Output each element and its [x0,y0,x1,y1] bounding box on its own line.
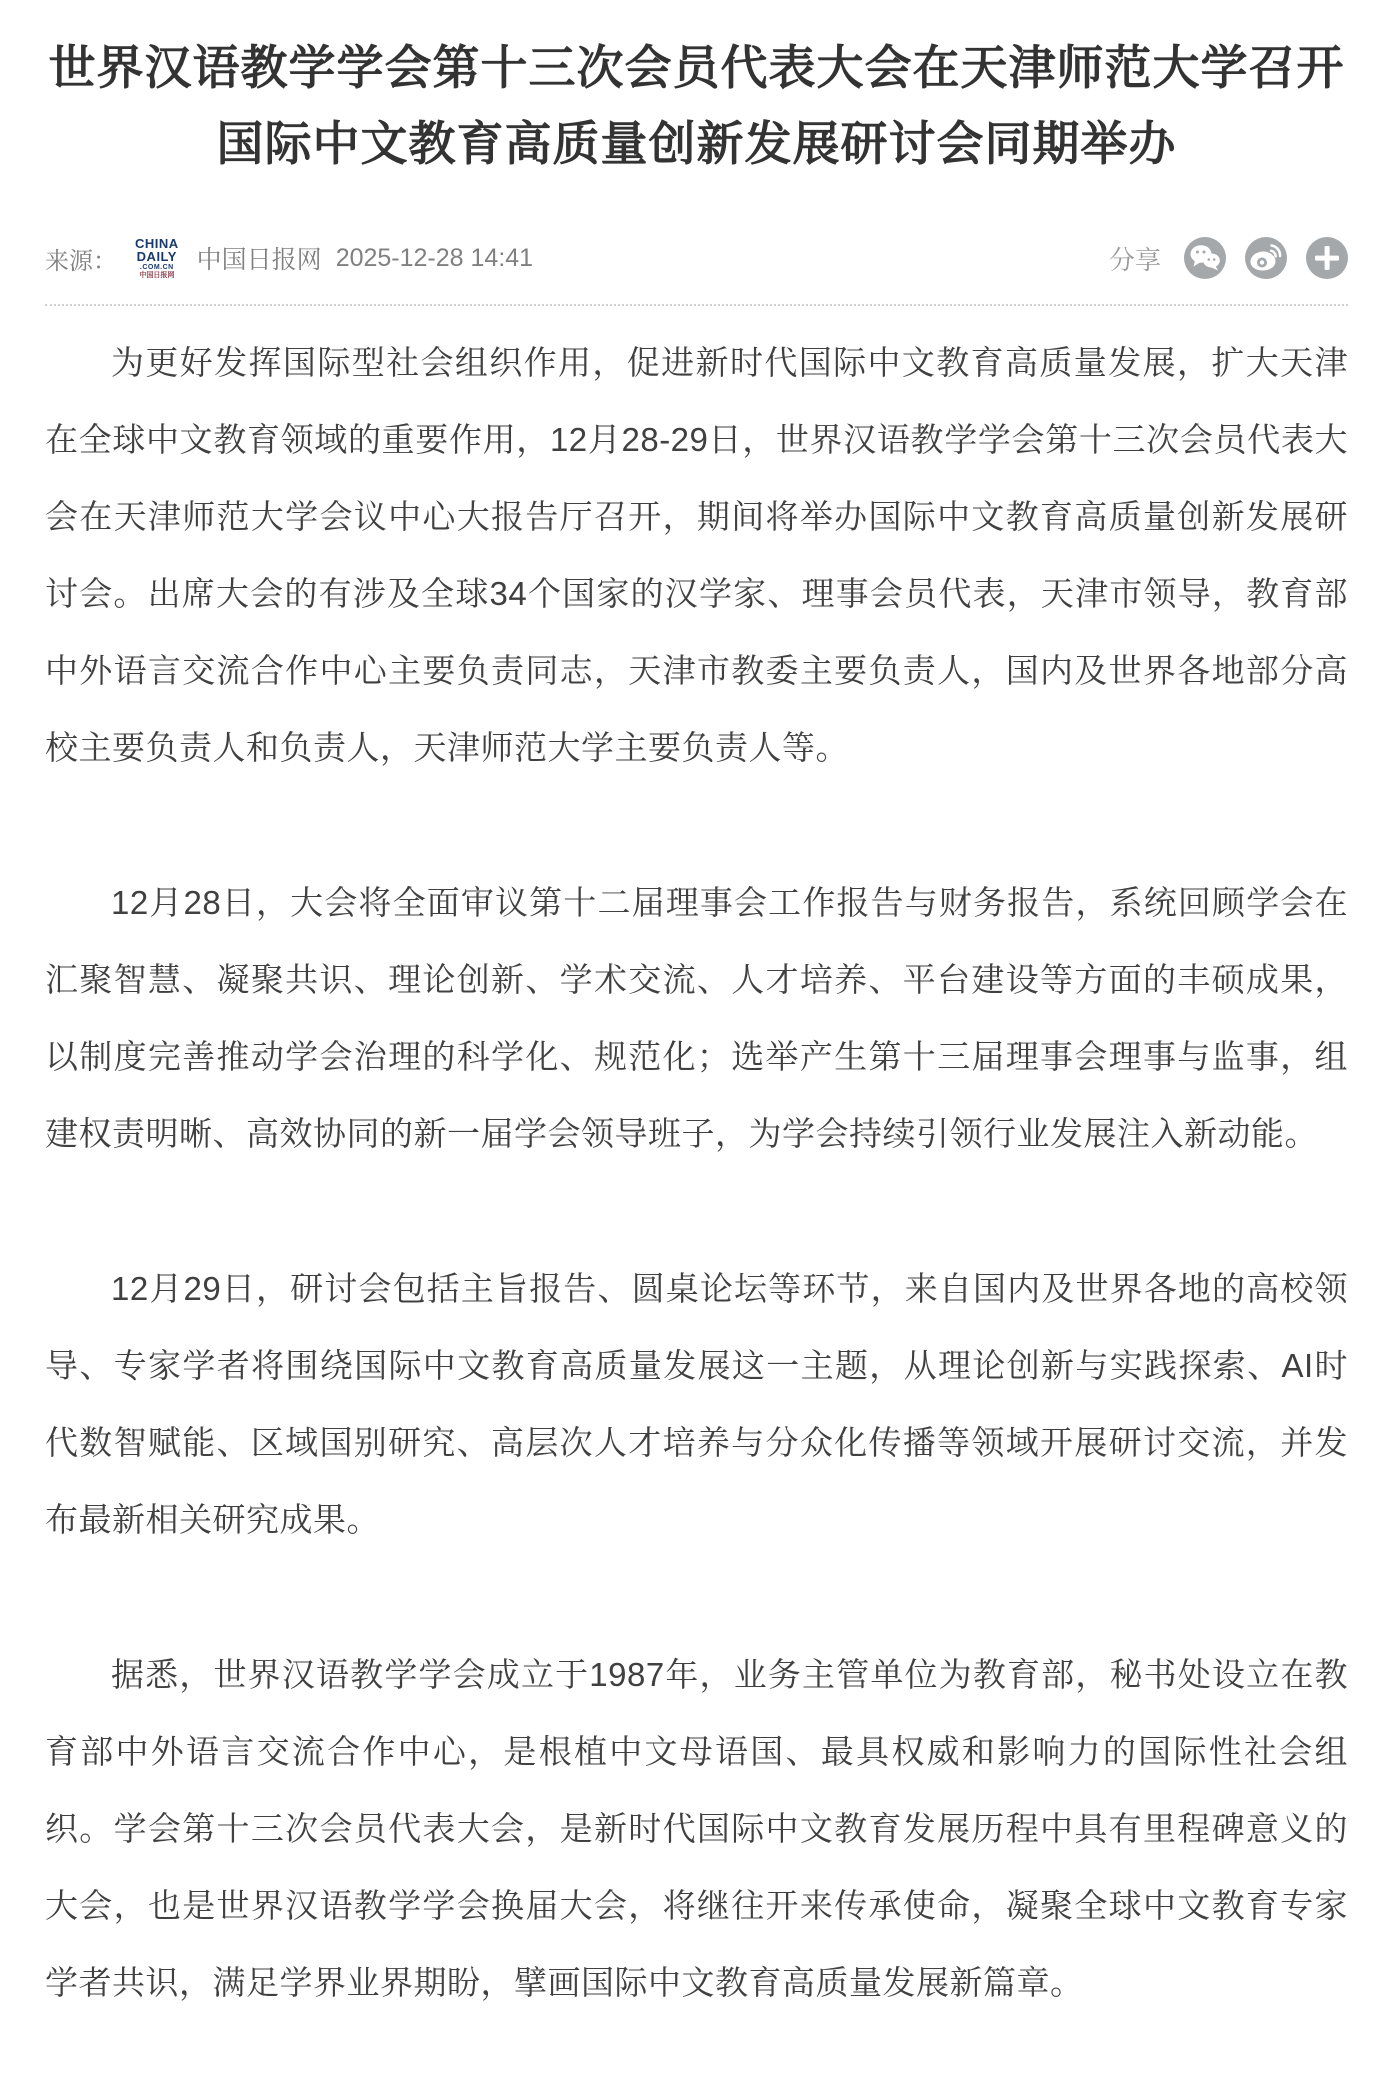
china-daily-logo: CHINA DAILY .COM.CN 中国日报网 [135,237,179,279]
share-label: 分享 [1109,240,1161,277]
paragraph-4: 据悉，世界汉语教学学会成立于1987年，业务主管单位为教育部，秘书处设立在教育部… [45,1636,1348,2021]
share-toolbar: 分享 [1109,237,1348,279]
logo-text: .COM.CN [140,264,174,271]
source-label: 来源： [45,241,117,276]
more-share-button[interactable] [1306,237,1348,279]
meta-row: 来源： CHINA DAILY .COM.CN 中国日报网 中国日报网 2025… [45,234,1348,282]
weibo-share-button[interactable] [1245,237,1287,279]
article-body: 为更好发挥国际型社会组织作用，促进新时代国际中文教育高质量发展，扩大天津在全球中… [45,324,1348,2021]
logo-text: 中国日报网 [139,272,174,279]
logo-text: DAILY [137,250,177,263]
paragraph-2: 12月28日，大会将全面审议第十二届理事会工作报告与财务报告，系统回顾学会在汇聚… [45,864,1348,1172]
weibo-icon [1245,237,1287,279]
wechat-share-button[interactable] [1184,237,1226,279]
publish-timestamp: 2025-12-28 14:41 [336,244,533,273]
article-title: 世界汉语教学学会第十三次会员代表大会在天津师范大学召开国际中文教育高质量创新发展… [45,30,1348,182]
source-block: 来源： CHINA DAILY .COM.CN 中国日报网 中国日报网 2025… [45,237,533,279]
paragraph-1: 为更好发挥国际型社会组织作用，促进新时代国际中文教育高质量发展，扩大天津在全球中… [45,324,1348,786]
wechat-icon [1184,237,1226,279]
plus-icon [1306,237,1348,279]
paragraph-3: 12月29日，研讨会包括主旨报告、圆桌论坛等环节，来自国内及世界各地的高校领导、… [45,1250,1348,1558]
article-page: 世界汉语教学学会第十三次会员代表大会在天津师范大学召开国际中文教育高质量创新发展… [0,0,1393,2081]
dotted-divider [45,304,1348,306]
source-name-link[interactable]: 中国日报网 [197,240,322,276]
